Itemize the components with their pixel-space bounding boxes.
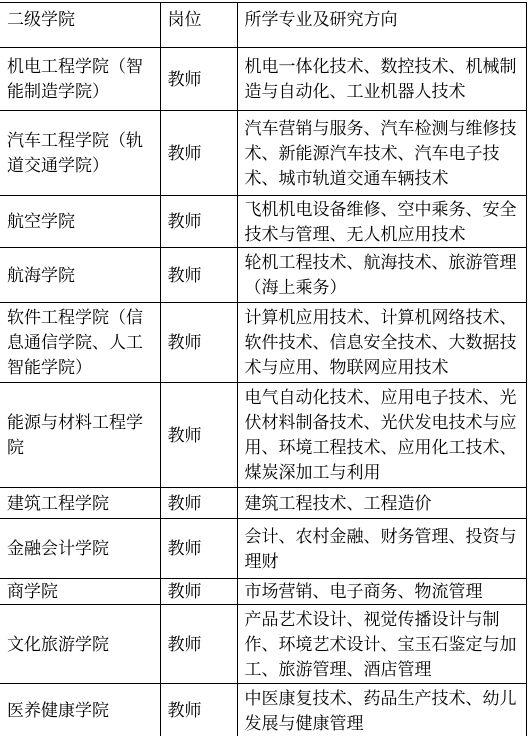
table-row: 医养健康学院 教师 中医康复技术、药品生产技术、幼儿发展与健康管理 — [0, 684, 526, 736]
majors-cell: 飞机机电设备维修、空中乘务、安全技术与管理、无人机应用技术 — [237, 196, 526, 248]
majors-cell: 汽车营销与服务、汽车检测与维修技术、新能源汽车技术、汽车电子技术、城市轨道交通车… — [237, 111, 526, 196]
table-body: 机电工程学院（智能制造学院） 教师 机电一体化技术、数控技术、机械制造与自动化、… — [0, 48, 526, 736]
position-cell: 教师 — [160, 684, 237, 736]
college-cell: 机电工程学院（智能制造学院） — [0, 48, 160, 111]
college-cell: 汽车工程学院（轨道交通学院） — [0, 111, 160, 196]
majors-cell: 电气自动化技术、应用电子技术、光伏材料制备技术、光伏发电技术与应用、环境工程技术… — [237, 383, 526, 488]
position-cell: 教师 — [160, 248, 237, 303]
college-cell: 航空学院 — [0, 196, 160, 248]
college-cell: 能源与材料工程学院 — [0, 383, 160, 488]
majors-cell: 机电一体化技术、数控技术、机械制造与自动化、工业机器人技术 — [237, 48, 526, 111]
table-row: 航海学院 教师 轮机工程技术、航海技术、旅游管理（海上乘务） — [0, 248, 526, 303]
header-cell-position: 岗位 — [160, 3, 237, 48]
table-row: 机电工程学院（智能制造学院） 教师 机电一体化技术、数控技术、机械制造与自动化、… — [0, 48, 526, 111]
college-cell: 金融会计学院 — [0, 519, 160, 579]
majors-cell: 计算机应用技术、计算机网络技术、软件技术、信息安全技术、大数据技术与应用、物联网… — [237, 303, 526, 383]
table-header: 二级学院 岗位 所学专业及研究方向 — [0, 3, 526, 48]
position-cell: 教师 — [160, 519, 237, 579]
table-row: 建筑工程学院 教师 建筑工程技术、工程造价 — [0, 488, 526, 519]
table-row: 文化旅游学院 教师 产品艺术设计、视觉传播设计与制作、环境艺术设计、宝玉石鉴定与… — [0, 605, 526, 684]
table-row: 软件工程学院（信息通信学院、人工智能学院） 教师 计算机应用技术、计算机网络技术… — [0, 303, 526, 383]
college-cell: 商学院 — [0, 579, 160, 605]
header-cell-college: 二级学院 — [0, 3, 160, 48]
majors-cell: 产品艺术设计、视觉传播设计与制作、环境艺术设计、宝玉石鉴定与加工、旅游管理、酒店… — [237, 605, 526, 684]
college-cell: 文化旅游学院 — [0, 605, 160, 684]
position-cell: 教师 — [160, 111, 237, 196]
table-row: 商学院 教师 市场营销、电子商务、物流管理 — [0, 579, 526, 605]
table-row: 金融会计学院 教师 会计、农村金融、财务管理、投资与理财 — [0, 519, 526, 579]
college-cell: 软件工程学院（信息通信学院、人工智能学院） — [0, 303, 160, 383]
college-positions-table: 二级学院 岗位 所学专业及研究方向 机电工程学院（智能制造学院） 教师 机电一体… — [0, 2, 527, 736]
position-cell: 教师 — [160, 579, 237, 605]
document-page: 二级学院 岗位 所学专业及研究方向 机电工程学院（智能制造学院） 教师 机电一体… — [0, 0, 531, 736]
position-cell: 教师 — [160, 488, 237, 519]
table-row: 航空学院 教师 飞机机电设备维修、空中乘务、安全技术与管理、无人机应用技术 — [0, 196, 526, 248]
position-cell: 教师 — [160, 303, 237, 383]
position-cell: 教师 — [160, 196, 237, 248]
table-row: 能源与材料工程学院 教师 电气自动化技术、应用电子技术、光伏材料制备技术、光伏发… — [0, 383, 526, 488]
majors-cell: 轮机工程技术、航海技术、旅游管理（海上乘务） — [237, 248, 526, 303]
position-cell: 教师 — [160, 383, 237, 488]
college-cell: 建筑工程学院 — [0, 488, 160, 519]
header-row: 二级学院 岗位 所学专业及研究方向 — [0, 3, 526, 48]
majors-cell: 市场营销、电子商务、物流管理 — [237, 579, 526, 605]
college-cell: 航海学院 — [0, 248, 160, 303]
position-cell: 教师 — [160, 48, 237, 111]
majors-cell: 建筑工程技术、工程造价 — [237, 488, 526, 519]
college-cell: 医养健康学院 — [0, 684, 160, 736]
position-cell: 教师 — [160, 605, 237, 684]
table-row: 汽车工程学院（轨道交通学院） 教师 汽车营销与服务、汽车检测与维修技术、新能源汽… — [0, 111, 526, 196]
majors-cell: 会计、农村金融、财务管理、投资与理财 — [237, 519, 526, 579]
majors-cell: 中医康复技术、药品生产技术、幼儿发展与健康管理 — [237, 684, 526, 736]
header-cell-majors: 所学专业及研究方向 — [237, 3, 526, 48]
